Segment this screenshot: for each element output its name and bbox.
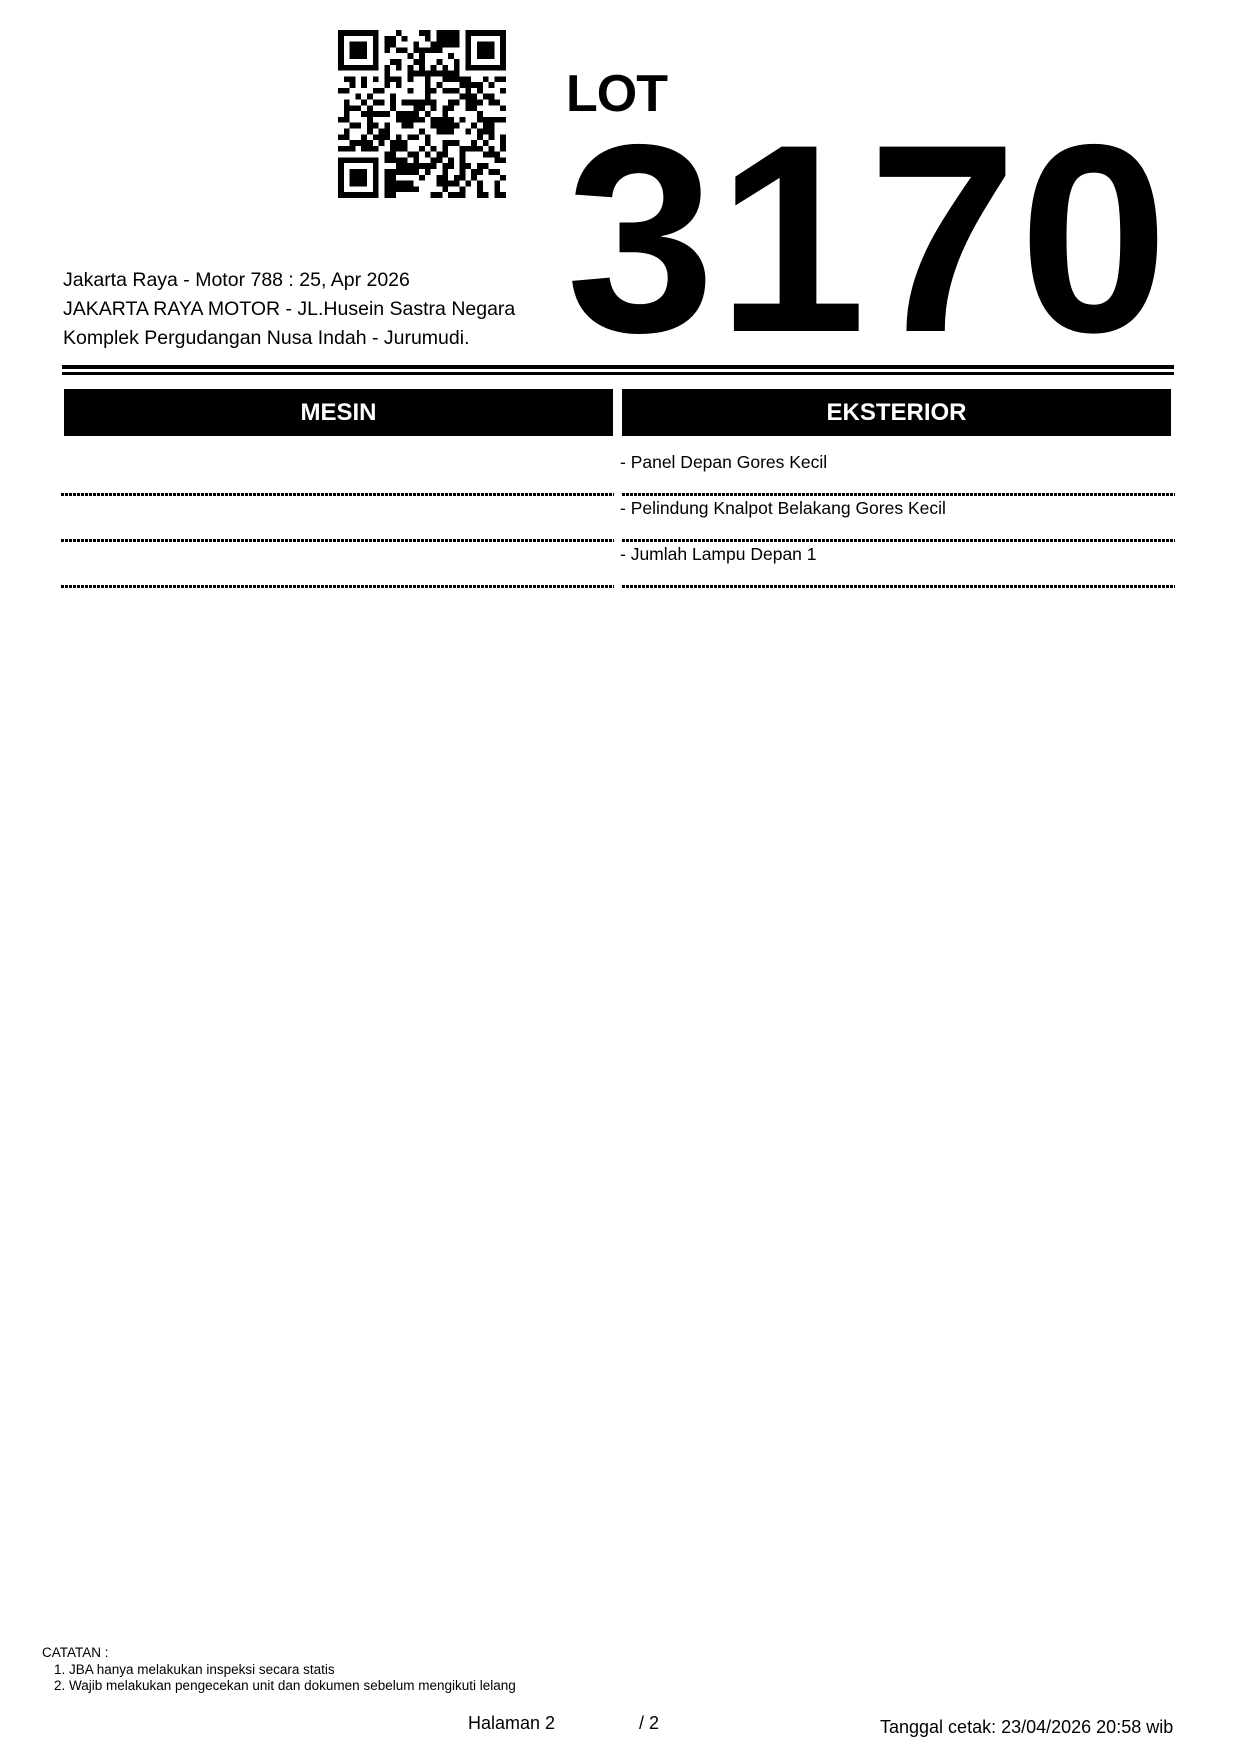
notes-title: CATATAN : <box>42 1646 109 1660</box>
page-total: / 2 <box>639 1714 659 1732</box>
section-title-mesin: MESIN <box>300 399 376 427</box>
mesin-row-divider <box>61 539 614 542</box>
note-item: 1. JBA hanya melakukan inspeksi secara s… <box>54 1663 335 1677</box>
lot-number: 3170 <box>566 104 1170 372</box>
eksterior-item: - Jumlah Lampu Depan 1 <box>620 546 817 564</box>
auction-info: Jakarta Raya - Motor 788 : 25, Apr 2026 <box>63 271 410 291</box>
header-divider-bottom <box>62 372 1174 375</box>
eksterior-item: - Panel Depan Gores Kecil <box>620 454 827 472</box>
section-title-eksterior: EKSTERIOR <box>826 399 966 427</box>
page-number: Halaman 2 <box>468 1714 555 1732</box>
section-header-eksterior: EKSTERIOR <box>622 389 1171 436</box>
section-header-mesin: MESIN <box>64 389 613 436</box>
print-date: Tanggal cetak: 23/04/2026 20:58 wib <box>880 1718 1173 1736</box>
mesin-row-divider <box>61 585 614 588</box>
mesin-row-divider <box>61 493 614 496</box>
header-divider-top <box>62 365 1174 369</box>
eksterior-item: - Pelindung Knalpot Belakang Gores Kecil <box>620 500 946 518</box>
eksterior-row-divider <box>622 539 1175 542</box>
address-line-2: Komplek Pergudangan Nusa Indah - Jurumud… <box>63 329 470 349</box>
eksterior-row-divider <box>622 493 1175 496</box>
qr-code-icon <box>338 30 506 198</box>
eksterior-row-divider <box>622 585 1175 588</box>
note-item: 2. Wajib melakukan pengecekan unit dan d… <box>54 1679 516 1693</box>
address-line-1: JAKARTA RAYA MOTOR - JL.Husein Sastra Ne… <box>63 300 515 320</box>
